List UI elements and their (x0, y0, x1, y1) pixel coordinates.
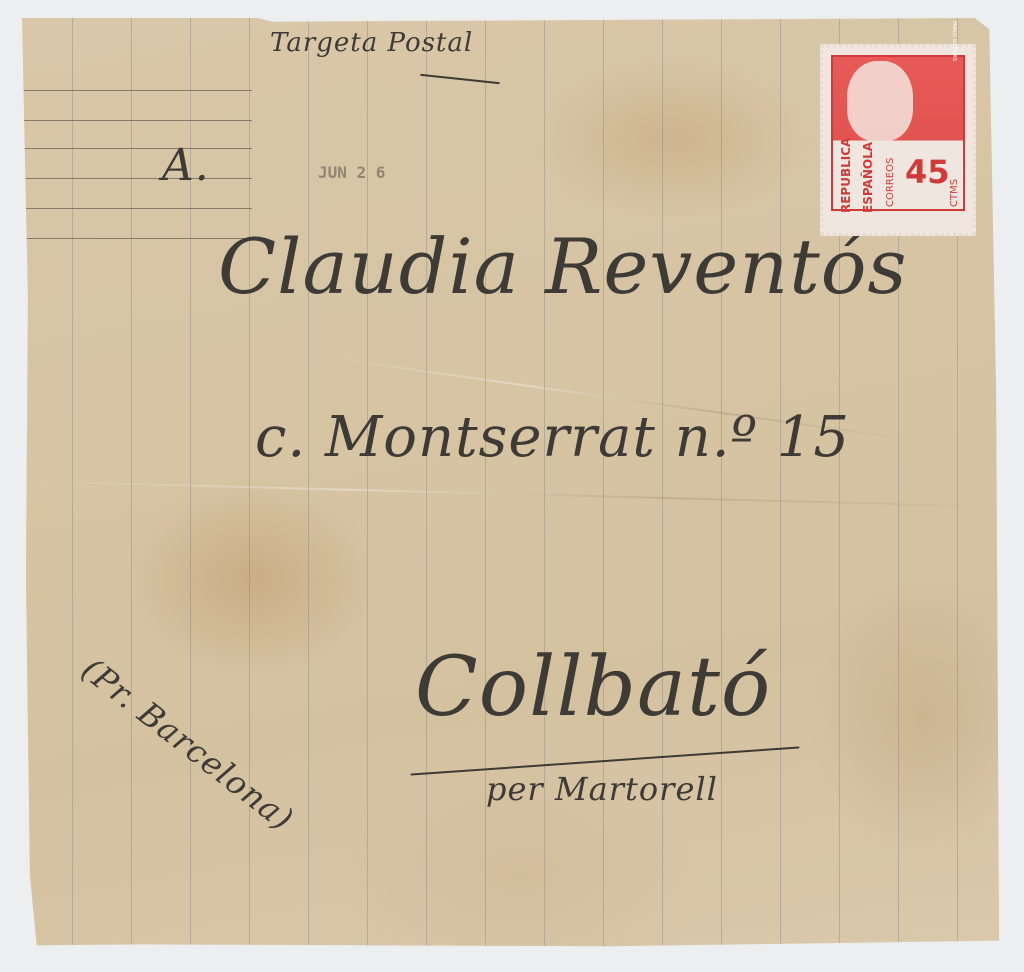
ruled-line (22, 120, 252, 121)
fold-crease (22, 480, 1002, 508)
stamp-unit: CTMS (949, 179, 960, 207)
stamp-value: 45 (905, 153, 950, 191)
ruled-line (308, 18, 309, 950)
via-note: per Martorell (486, 770, 718, 808)
stamp-country-line1: REPUBLICA (839, 138, 853, 213)
recipient-name: Claudia Reventós (218, 222, 908, 311)
ruled-line (544, 18, 545, 950)
stamp-service: CORREOS (885, 158, 896, 207)
street-address: c. Montserrat n.º 15 (255, 405, 850, 470)
stamp-portrait (847, 61, 913, 141)
ruled-line (22, 148, 252, 149)
postage-stamp: PABLO IGLESIAS REPUBLICA ESPAÑOLA CORREO… (820, 44, 976, 236)
stamp-portrait-caption: PABLO IGLESIAS (951, 21, 957, 61)
ruled-line (72, 18, 73, 950)
ruled-line (780, 18, 781, 950)
ruled-line (22, 90, 252, 91)
ruled-line (721, 18, 722, 950)
ruled-line (426, 18, 427, 950)
salutation: A. (162, 140, 210, 191)
town-name: Collbató (415, 640, 771, 735)
ruled-line (662, 18, 663, 950)
ruled-line (22, 178, 252, 179)
ruled-line (367, 18, 368, 950)
stamp-frame: PABLO IGLESIAS REPUBLICA ESPAÑOLA CORREO… (831, 55, 965, 211)
stamp-country-line2: ESPAÑOLA (861, 142, 875, 213)
ruled-line (131, 18, 132, 950)
ruled-line (485, 18, 486, 950)
card-header: Targeta Postal (270, 28, 473, 58)
postmark: JUN 2 6 (318, 163, 385, 182)
ruled-line (22, 208, 252, 209)
ruled-line (603, 18, 604, 950)
